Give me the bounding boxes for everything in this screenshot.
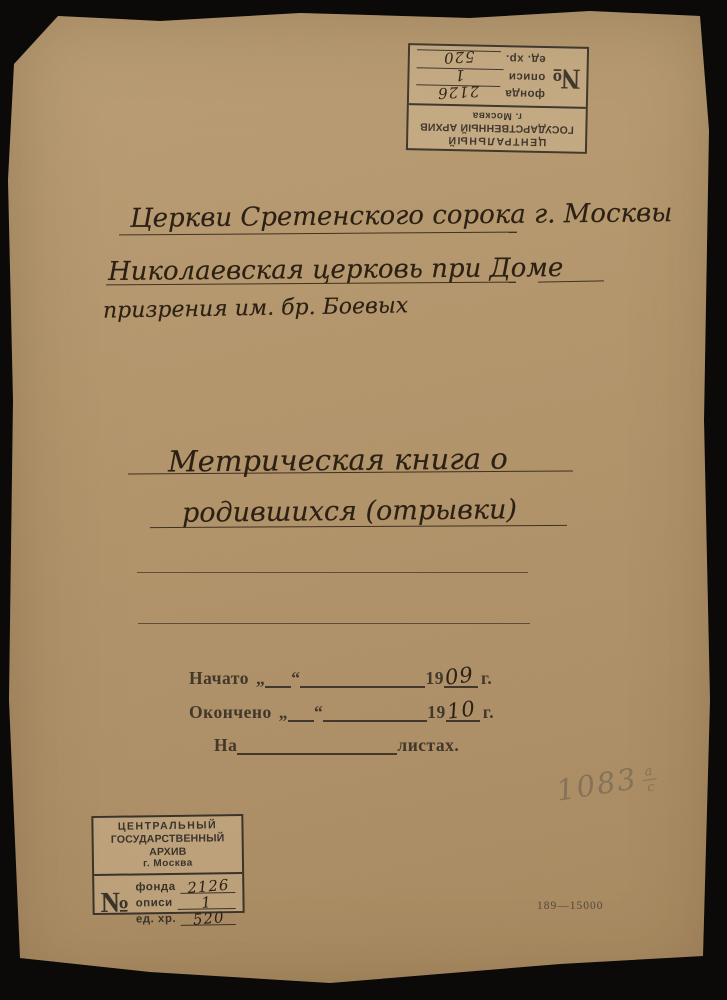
edkhr-field: ед. хр. 520	[417, 49, 546, 67]
printers-mark: 189—15000	[537, 900, 604, 912]
close-quote: “	[291, 669, 300, 688]
shelf-note-sup: а	[641, 764, 657, 781]
fond-label: фонда	[505, 86, 545, 101]
fond-value-handwritten: 2126	[437, 82, 480, 102]
year-blank: 09	[444, 670, 478, 688]
fond-field: фонда 2126	[135, 878, 235, 894]
year-prefix: 19	[425, 669, 444, 688]
numero-sign: №	[100, 888, 130, 917]
church-name-continuation: призрения им. бр. Боевых	[103, 293, 409, 323]
year-suffix: г.	[481, 669, 492, 688]
pencil-shelf-note: 1083 а с	[554, 758, 659, 809]
edkhr-label: ед. хр.	[136, 911, 176, 926]
edkhr-value-handwritten: 520	[192, 908, 225, 929]
started-year-handwritten: 09	[444, 662, 475, 689]
started-row: Начато „ “ 19 09 г.	[189, 669, 492, 688]
opis-line: 1	[416, 67, 503, 84]
opis-value-handwritten: 1	[454, 66, 465, 84]
fond-line: 2126	[180, 878, 235, 894]
stamp-body: № фонда 2126 описи 1 ед. хр.	[409, 45, 587, 107]
archive-stamp-top: ЦЕНТРАЛЬНЫЙ ГОСУДАРСТВЕННЫЙ АРХИВ г. Мос…	[406, 43, 589, 154]
opis-field: описи 1	[416, 67, 545, 85]
scanner-background: { "stamp": { "org_line1": "ЦЕНТРАЛЬНЫЙ",…	[0, 0, 727, 1000]
edkhr-line: 520	[181, 910, 236, 926]
empty-rule-line	[138, 623, 530, 624]
church-district-line: Церкви Сретенского сорока г. Москвы	[130, 198, 673, 234]
shelf-note-number: 1083	[554, 761, 640, 807]
fond-line: 2126	[416, 85, 500, 102]
shelf-note-sub: с	[646, 779, 655, 795]
archive-name-line2: ГОСУДАРСТВЕННЫЙ АРХИВ	[96, 832, 240, 860]
day-blank	[265, 670, 291, 688]
edkhr-label: ед. хр.	[505, 51, 545, 66]
archive-file-cover: ЦЕНТРАЛЬНЫЙ ГОСУДАРСТВЕННЫЙ АРХИВ г. Мос…	[0, 0, 727, 1000]
archive-stamp-bottom: ЦЕНТРАЛЬНЫЙ ГОСУДАРСТВЕННЫЙ АРХИВ г. Мос…	[91, 814, 244, 915]
finished-label: Окончено	[189, 703, 272, 722]
month-blank	[323, 704, 427, 722]
fond-label: фонда	[135, 879, 175, 894]
edkhr-line: 520	[417, 49, 501, 66]
na-label: На	[214, 736, 237, 755]
sheets-label: листах.	[397, 736, 459, 755]
stamp-header: ЦЕНТРАЛЬНЫЙ ГОСУДАРСТВЕННЫЙ АРХИВ г. Мос…	[408, 103, 586, 151]
open-quote: „	[256, 669, 265, 688]
book-title-line2: родившихся (отрывки)	[182, 494, 517, 529]
fond-field: фонда 2126	[416, 85, 545, 103]
close-quote: “	[314, 703, 323, 722]
opis-label: описи	[136, 896, 173, 911]
started-label: Начато	[189, 669, 249, 688]
open-quote: „	[279, 703, 288, 722]
day-blank	[288, 704, 314, 722]
stamp-fields: фонда 2126 описи 1 ед. хр. 520	[135, 876, 236, 926]
year-blank: 10	[446, 704, 480, 722]
opis-label: описи	[508, 69, 545, 84]
finished-row: Окончено „ “ 19 10 г.	[189, 703, 494, 722]
sheets-blank	[237, 737, 397, 755]
edkhr-value-handwritten: 520	[442, 47, 474, 67]
stamp-fields: фонда 2126 описи 1 ед. хр. 520	[416, 49, 546, 104]
year-prefix: 19	[427, 703, 446, 722]
finished-year-handwritten: 10	[445, 696, 476, 723]
empty-rule-line	[137, 572, 528, 573]
stamp-header: ЦЕНТРАЛЬНЫЙ ГОСУДАРСТВЕННЫЙ АРХИВ г. Мос…	[93, 816, 242, 876]
month-blank	[300, 670, 425, 688]
archive-city: г. Москва	[96, 857, 240, 871]
opis-line: 1	[178, 894, 236, 910]
shelf-note-fraction: а с	[641, 764, 659, 795]
year-suffix: г.	[483, 703, 494, 722]
numero-sign: №	[551, 63, 581, 93]
stamp-body: № фонда 2126 описи 1 ед. хр.	[94, 874, 243, 931]
sheets-row: На листах.	[214, 736, 459, 755]
edkhr-field: ед. хр. 520	[136, 910, 236, 926]
underline	[538, 280, 604, 282]
